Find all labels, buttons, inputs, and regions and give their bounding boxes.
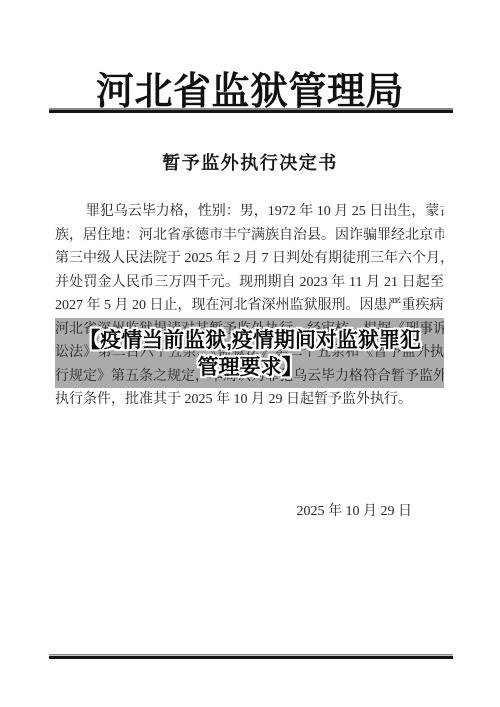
overlay-caption: 【疫情当前监狱,疫情期间对监狱罪犯 管理要求】 [40, 327, 460, 381]
footer-divider-rule [49, 654, 453, 659]
body-line: 并处罚金人民币三万四千元。现刑期自 2023 年 11 月 21 日起至 [55, 271, 444, 295]
header-divider-rule [49, 108, 453, 113]
body-line: 族，居住地：河北省承德市丰宁满族自治县。因诈骗罪经北京市 [55, 224, 444, 248]
body-line: 执行条件，批准其于 2025 年 10 月 29 日起暂予监外执行。 [55, 388, 444, 412]
document-title: 暂予监外执行决定书 [0, 149, 500, 175]
document-page: 河北省监狱管理局 暂予监外执行决定书 罪犯乌云毕力格，性别：男，1972 年 1… [0, 0, 500, 707]
body-line: 第三中级人民法院于 2025 年 2 月 7 日判处有期徒刑三年六个月， [55, 247, 444, 271]
overlay-caption-line: 【疫情当前监狱,疫情期间对监狱罪犯 [40, 327, 460, 354]
body-line: 罪犯乌云毕力格，性别：男，1972 年 10 月 25 日出生，蒙古 [55, 200, 444, 224]
body-line: 2027 年 5 月 20 日止，现在河北省深州监狱服刑。因患严重疾病， [55, 294, 444, 318]
issuing-authority-title: 河北省监狱管理局 [0, 60, 500, 115]
overlay-caption-line: 管理要求】 [40, 354, 460, 381]
document-date: 2025 年 10 月 29 日 [297, 500, 413, 520]
